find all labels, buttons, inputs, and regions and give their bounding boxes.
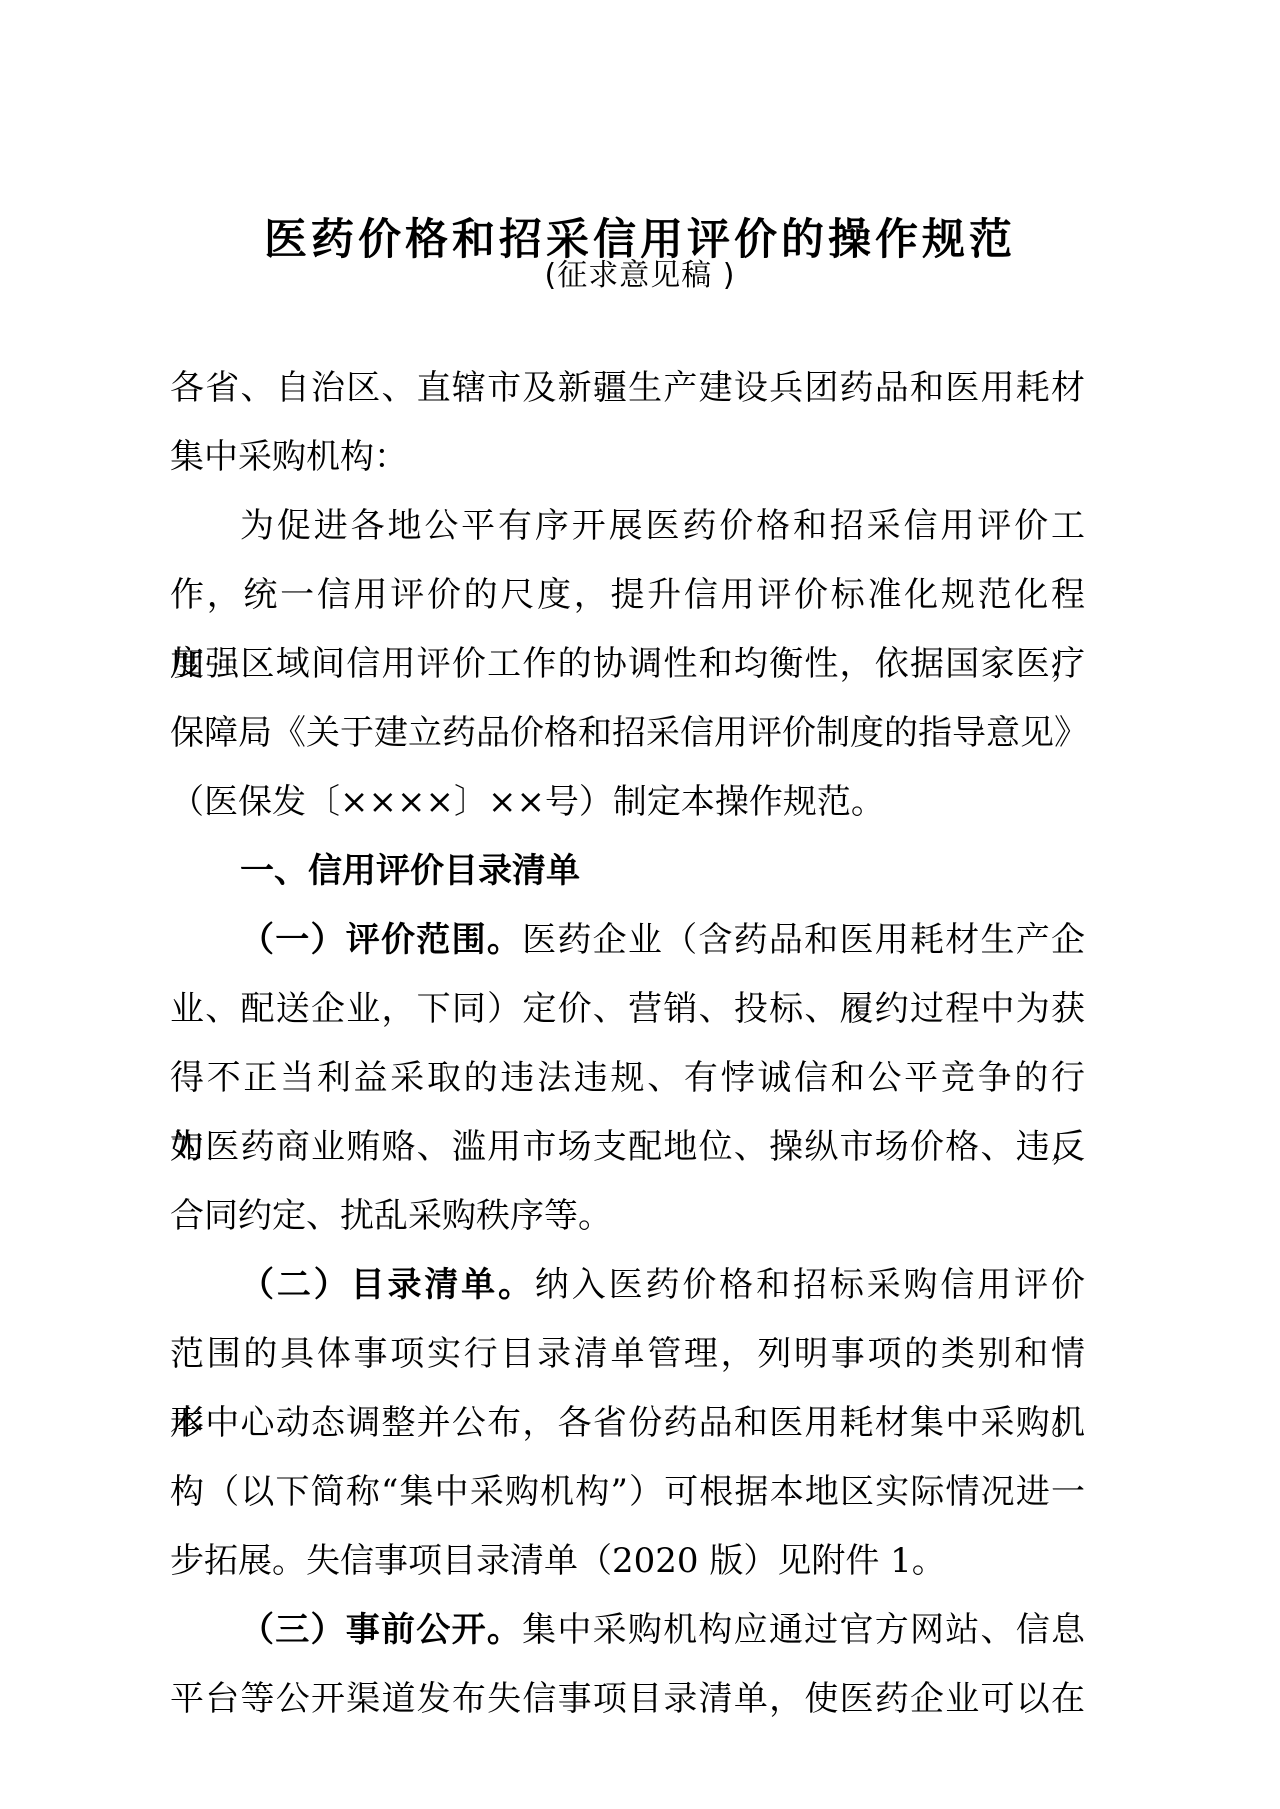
body-text: 构（以下简称“集中采购机构”）可根据本地区实际情况进一: [170, 1472, 1085, 1512]
body-text: （医保发〔××××〕××号）制定本操作规范。: [170, 782, 885, 822]
body-text: 为促进各地公平有序开展医药价格和招采信用评价工: [240, 506, 1085, 546]
body-text: 加强区域间信用评价工作的协调性和均衡性，依据国家医疗: [170, 644, 1085, 684]
body-line: 构（以下简称“集中采购机构”）可根据本地区实际情况进一: [170, 1458, 1085, 1527]
document-page: 医药价格和招采信用评价的操作规范 (征求意见稿 ) 各省、自治区、直辖市及新疆生…: [0, 0, 1280, 1809]
body-text: 集中采购机构应通过官方网站、信息: [522, 1610, 1085, 1650]
body-line: （医保发〔××××〕××号）制定本操作规范。: [170, 768, 1085, 837]
body-text: 本中心动态调整并公布，各省份药品和医用耗材集中采购机: [170, 1403, 1085, 1443]
document-body: 各省、自治区、直辖市及新疆生产建设兵团药品和医用耗材集中采购机构：为促进各地公平…: [170, 354, 1085, 1734]
bold-lead-text: （二）目录清单。: [240, 1265, 535, 1305]
body-line: 为促进各地公平有序开展医药价格和招采信用评价工: [170, 492, 1085, 561]
body-line: 加强区域间信用评价工作的协调性和均衡性，依据国家医疗: [170, 630, 1085, 699]
body-line: 如医药商业贿赂、滥用市场支配地位、操纵市场价格、违反: [170, 1113, 1085, 1182]
bold-lead-text: （一）评价范围。: [240, 920, 522, 960]
body-line: 步拓展。失信事项目录清单（2020 版）见附件 1。: [170, 1527, 1085, 1596]
bold-lead-text: （三）事前公开。: [240, 1610, 522, 1650]
body-text: 合同约定、扰乱采购秩序等。: [170, 1196, 612, 1236]
body-text: 步拓展。失信事项目录清单（2020 版）见附件 1。: [170, 1541, 946, 1581]
body-line: 各省、自治区、直辖市及新疆生产建设兵团药品和医用耗材: [170, 354, 1085, 423]
body-line: 作，统一信用评价的尺度，提升信用评价标准化规范化程度，: [170, 561, 1085, 630]
body-line: 本中心动态调整并公布，各省份药品和医用耗材集中采购机: [170, 1389, 1085, 1458]
body-text: 各省、自治区、直辖市及新疆生产建设兵团药品和医用耗材: [170, 368, 1085, 408]
body-text: 保障局《关于建立药品价格和招采信用评价制度的指导意见》: [170, 713, 1088, 753]
body-text: 如医药商业贿赂、滥用市场支配地位、操纵市场价格、违反: [170, 1127, 1085, 1167]
body-line: （一）评价范围。医药企业（含药品和医用耗材生产企: [170, 906, 1085, 975]
body-text: 业、配送企业，下同）定价、营销、投标、履约过程中为获: [170, 989, 1085, 1029]
document-subtitle: (征求意见稿 ): [0, 252, 1280, 300]
bold-lead-text: 一、信用评价目录清单: [240, 851, 580, 891]
body-text: 纳入医药价格和招标采购信用评价: [535, 1265, 1085, 1305]
body-line: 合同约定、扰乱采购秩序等。: [170, 1182, 1085, 1251]
section-heading-line: 一、信用评价目录清单: [170, 837, 1085, 906]
body-line: 平台等公开渠道发布失信事项目录清单，使医药企业可以在: [170, 1665, 1085, 1734]
body-line: 得不正当利益采取的违法违规、有悖诚信和公平竞争的行为，: [170, 1044, 1085, 1113]
body-text: 平台等公开渠道发布失信事项目录清单，使医药企业可以在: [170, 1679, 1085, 1719]
body-line: 保障局《关于建立药品价格和招采信用评价制度的指导意见》: [170, 699, 1085, 768]
body-text: 医药企业（含药品和医用耗材生产企: [522, 920, 1085, 960]
body-line: （三）事前公开。集中采购机构应通过官方网站、信息: [170, 1596, 1085, 1665]
body-line: 范围的具体事项实行目录清单管理，列明事项的类别和情形。: [170, 1320, 1085, 1389]
body-line: 集中采购机构：: [170, 423, 1085, 492]
body-line: （二）目录清单。纳入医药价格和招标采购信用评价: [170, 1251, 1085, 1320]
body-text: 集中采购机构：: [170, 437, 408, 477]
body-line: 业、配送企业，下同）定价、营销、投标、履约过程中为获: [170, 975, 1085, 1044]
